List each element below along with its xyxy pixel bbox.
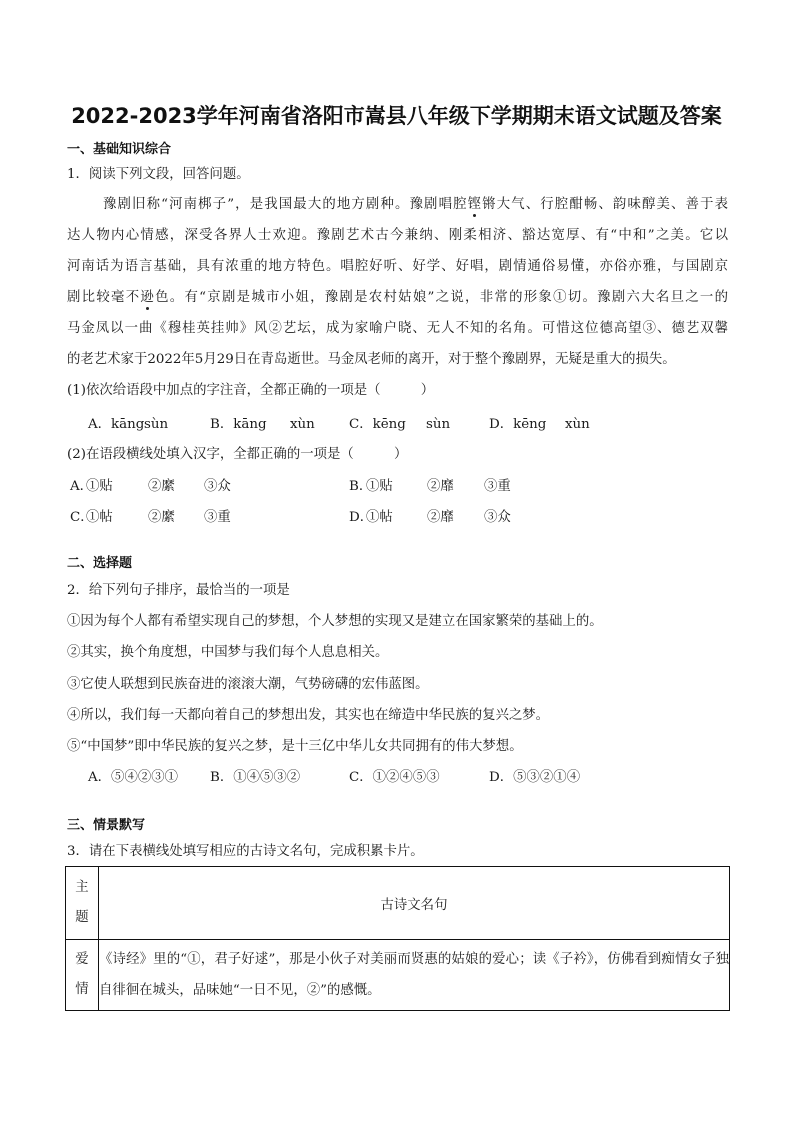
option-b[interactable]: B．①④⑤③② xyxy=(210,769,300,787)
sentence-item: ③它使人联想到民族奋进的滚滚大潮，气势磅礴的宏伟蓝图。 xyxy=(67,676,429,694)
section-heading-dictation: 三、情景默写 xyxy=(67,817,145,835)
table-header-row: 主 题 古诗文名句 xyxy=(66,867,730,940)
document-title: 2022-2023学年河南省洛阳市嵩县八年级下学期期末语文试题及答案 xyxy=(0,101,793,131)
option-a-part3: ③众 xyxy=(204,478,231,496)
option-b-second: xùn xyxy=(290,416,315,434)
passage-line: 剧比较毫不逊色。有“京剧是城市小姐，豫剧是农村姑娘”之说，非常的形象①切。豫剧六… xyxy=(67,289,728,307)
theme-cell: 爱 情 xyxy=(66,940,99,1011)
content-header-cell: 古诗文名句 xyxy=(99,867,730,940)
option-b-part3: ③重 xyxy=(484,478,511,496)
sentence-item: ②其实，换个角度想，中国梦与我们每个人息息相关。 xyxy=(67,644,388,662)
table-row: 爱 情 《诗经》里的“①，君子好逑”，那是小伙子对美丽而贤惠的姑娘的爱心；读《子… xyxy=(66,940,730,1011)
question-1-stem: 1．阅读下列文段，回答问题。 xyxy=(67,166,250,184)
sentence-item: ⑤“中国梦”即中华民族的复兴之梦，是十三亿中华儿女共同拥有的伟大梦想。 xyxy=(67,738,523,756)
option-a-second: sùn xyxy=(144,416,168,434)
passage-line: 河南话为语言基础，具有浓重的地方特色。唱腔好听、好学、好唱，剧情通俗易懂，亦俗亦… xyxy=(67,258,728,276)
dotted-char: 逊 xyxy=(140,290,155,305)
passage-line: 的老艺术家于2022年5月29日在青岛逝世。马金凤老师的离开，对于整个豫剧界，无… xyxy=(67,351,728,369)
section-heading-basic-knowledge: 一、基础知识综合 xyxy=(67,141,171,159)
option-a[interactable]: A．kāng xyxy=(88,416,144,434)
option-d-second: xùn xyxy=(565,416,590,434)
content-cell: 《诗经》里的“①，君子好逑”，那是小伙子对美丽而贤惠的姑娘的爱心；读《子衿》，仿… xyxy=(99,940,730,1011)
dotted-char: 铿 xyxy=(468,197,483,212)
passage-line: 达人物内心情感，深受各界人士欢迎。豫剧艺术古今兼纳、刚柔相济、豁达宽厚、有“中和… xyxy=(67,227,728,245)
passage-line: 马金凤以一曲《穆桂英挂帅》风②艺坛，成为家喻户晓、无人不知的名角。可惜这位德高望… xyxy=(67,320,728,338)
subquestion-1-stem: (1)依次给语段中加点的字注音，全都正确的一项是（ ） xyxy=(67,382,434,400)
option-b-part2: ②靡 xyxy=(427,478,454,496)
option-c[interactable]: C．kēng xyxy=(349,416,406,434)
option-b-part1: ①贴 xyxy=(366,478,393,496)
option-d-part3: ③众 xyxy=(484,509,511,527)
subquestion-2-stem: (2)在语段横线处填入汉字，全都正确的一项是（ ） xyxy=(67,446,407,464)
option-c-part2: ②縻 xyxy=(148,509,175,527)
option-d-part2: ②靡 xyxy=(427,509,454,527)
sentence-item: ④所以，我们每一天都向着自己的梦想出发，其实也在缔造中华民族的复兴之梦。 xyxy=(67,707,549,725)
theme-header-cell: 主 题 xyxy=(66,867,99,940)
option-c-part1: ①帖 xyxy=(86,509,113,527)
sentence-item: ①因为每个人都有希望实现自己的梦想，个人梦想的实现又是建立在国家繁荣的基础上的。 xyxy=(67,613,603,631)
option-b[interactable]: B．kāng xyxy=(210,416,267,434)
question-3-stem: 3．请在下表横线处填写相应的古诗文名句，完成积累卡片。 xyxy=(67,843,424,861)
option-d[interactable]: D．kēng xyxy=(489,416,546,434)
option-c-part3: ③重 xyxy=(204,509,231,527)
option-a[interactable]: A．⑤④②③① xyxy=(88,769,178,787)
option-c-second: sùn xyxy=(426,416,450,434)
option-d[interactable]: D．⑤③②①④ xyxy=(489,769,580,787)
question-2-stem: 2．给下列句子排序，最恰当的一项是 xyxy=(67,582,290,600)
option-a-part2: ②縻 xyxy=(148,478,175,496)
option-d-part1: ①帖 xyxy=(366,509,393,527)
exam-page: 2022-2023学年河南省洛阳市嵩县八年级下学期期末语文试题及答案 一、基础知… xyxy=(0,0,793,1122)
passage-line: 豫剧旧称“河南梆子”，是我国最大的地方剧种。豫剧唱腔铿锵大气、行腔酣畅、韵味醇美… xyxy=(103,196,728,214)
poetry-card-table: 主 题 古诗文名句 爱 情 《诗经》里的“①，君子好逑”，那是小伙子对美丽而贤惠… xyxy=(65,866,730,1011)
option-a-part1: ①贴 xyxy=(86,478,113,496)
option-c[interactable]: C．①②④⑤③ xyxy=(349,769,440,787)
section-heading-multiple-choice: 二、选择题 xyxy=(67,555,132,573)
